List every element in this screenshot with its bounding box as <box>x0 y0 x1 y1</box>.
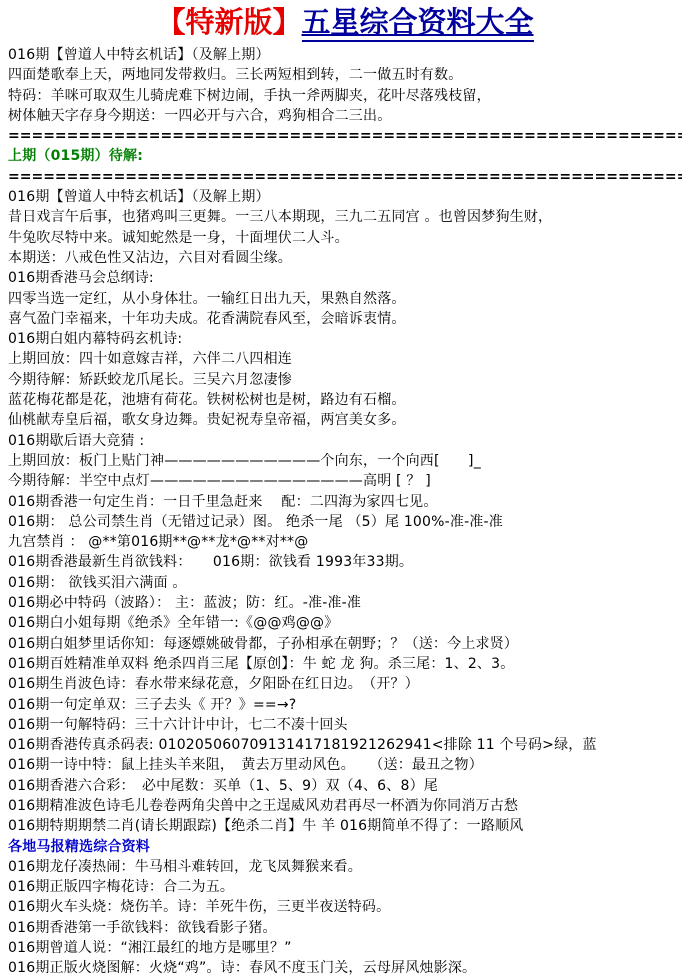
text-line: 016期香港六合彩： 必中尾数：买单（1、5、9）双（4、6、8）尾 <box>8 776 682 796</box>
text-line: 016期特期期禁二肖(请长期跟踪)【绝杀二肖】牛 羊 016期简单不得了：一路顺… <box>8 816 682 836</box>
text-line: 今期待解：半空中点灯———————————————高明 [ ？ ] <box>8 471 682 491</box>
title-main-text: 五星综合资料大全 <box>302 5 534 42</box>
text-line: 016期火车头烧：烧伤羊。诗：羊死牛伤，三更半夜送特码。 <box>8 897 682 917</box>
text-line: 016期龙仔凑热闹：牛马相斗难转回，龙飞凤舞猴来看。 <box>8 857 682 877</box>
text-line: 上期回放：四十如意嫁吉祥，六伴二八四相连 <box>8 349 682 369</box>
text-line: 本期送：八戒色性又沾边，六目对看圆尘缘。 <box>8 248 682 268</box>
text-line: 016期精准波色诗毛儿卷卷两角尖兽中之王逞威风劝君再尽一杯酒为你同消万古愁 <box>8 796 682 816</box>
page-title: 【特新版】五星综合资料大全 <box>8 2 682 42</box>
text-line: 牛兔吹尽特中来。诚知蛇然是一身，十面埋伏二人斗。 <box>8 228 682 248</box>
separator-line: ========================================… <box>8 126 682 146</box>
text-line: 016期： 欲钱买泪六满面 。 <box>8 573 682 593</box>
text-line: 016期白小姐每期《绝杀》全年错一:《@@鸡@@》 <box>8 613 682 633</box>
text-line: 上期（015期）待解: <box>8 146 682 166</box>
text-line: 016期香港传真杀码表: 010205060709131417181921262… <box>8 735 682 755</box>
text-line: 四面楚歌奉上天，两地同发带救归。三长两短相到转，二一做五时有数。 <box>8 65 682 85</box>
text-line: 九宫禁肖 ： @**第016期**@**龙*@**对**@ <box>8 532 682 552</box>
text-line: 今期待解：矫跃蛟龙爪尾长。三吴六月忽凄惨 <box>8 370 682 390</box>
text-line: 016期香港最新生肖欲钱料： 016期：欲钱看 1993年33期。 <box>8 552 682 572</box>
text-line: 016期白姐内幕特码玄机诗: <box>8 329 682 349</box>
text-line: 016期歇后语大竞猜 : <box>8 431 682 451</box>
text-line: 016期正版火烧图解：火烧“鸡”。诗：春风不度玉门关，云母屏风烛影深。 <box>8 958 682 978</box>
text-line: 蓝花梅花都是花，池塘有荷花。铁树松树也是树，路边有石榴。 <box>8 390 682 410</box>
text-line: 016期一诗中特：鼠上挂头羊来阻， 黄去万里动风色。 （送：最丑之物） <box>8 755 682 775</box>
text-line: 016期百姓精准单双料 绝杀四肖三尾【原创】：牛 蛇 龙 狗。杀三尾：1、2、3… <box>8 654 682 674</box>
text-line: 各地马报精选综合资料 <box>8 837 682 857</box>
text-line: 016期一句解特码：三十六计计中计，七二不凑十回头 <box>8 715 682 735</box>
text-line: 016期香港一句定生肖：一日千里急赶来 配：二四海为家四七见。 <box>8 492 682 512</box>
text-line: 特码：羊咪可取双生儿骑虎难下树边闹，手执一斧两脚夹，花叶尽落残枝留， <box>8 86 682 106</box>
text-line: 016期正版四字梅花诗：合二为五。 <box>8 877 682 897</box>
text-line: 016期生肖波色诗：春水带来绿花意，夕阳卧在红日边。 （开？） <box>8 674 682 694</box>
text-line: 016期必中特码（波路）： 主：蓝波；防：红。-准-准-准 <box>8 593 682 613</box>
text-line: 016期一句定单双：三子去头《 开？》==→? <box>8 695 682 715</box>
text-line: 016期【曾道人中特玄机话】（及解上期） <box>8 187 682 207</box>
text-line: 树体触天字存身今期送：一四必开与六合，鸡狗相合二三出。 <box>8 106 682 126</box>
text-line: 016期香港第一手欲钱料：欲钱看影子猪。 <box>8 918 682 938</box>
text-line: 016期【曾道人中特玄机话】（及解上期） <box>8 45 682 65</box>
title-prefix-badge: 【特新版】 <box>156 5 301 39</box>
text-line: 016期香港马会总纲诗: <box>8 268 682 288</box>
text-line: 016期： 总公司禁生肖（无错过记录）图。 绝杀一尾 （5）尾 100%-准-准… <box>8 512 682 532</box>
separator-line: ========================================… <box>8 167 682 187</box>
text-line: 昔日戏言午后事，也猪鸡叫三更舞。一三八本期现，三九二五同宫 。也曾因梦狗生财， <box>8 207 682 227</box>
text-line: 016期曾道人说：“湘江最红的地方是哪里？” <box>8 938 682 958</box>
text-line: 喜气盈门幸福来，十年功夫成。花香满院春风至，会暗诉衷情。 <box>8 309 682 329</box>
text-line: 016期白姐梦里话你知：每逐嫖姚破骨都，子孙相承在朝野；？（送：今上求贤） <box>8 634 682 654</box>
content-lines: 016期【曾道人中特玄机话】（及解上期）四面楚歌奉上天，两地同发带救归。三长两短… <box>8 45 682 979</box>
text-line: 上期回放：板门上贴门神———————————个向东，一个向西[ ]_ <box>8 451 682 471</box>
text-line: 仙桃献寿皇后福，歌女身边舞。贵妃祝寿皇帝福，两宫美女多。 <box>8 410 682 430</box>
text-line: 四零当选一定红，从小身体壮。一输红日出九天，果熟自然落。 <box>8 289 682 309</box>
lottery-info-page: 【特新版】五星综合资料大全 016期【曾道人中特玄机话】（及解上期）四面楚歌奉上… <box>0 2 690 979</box>
